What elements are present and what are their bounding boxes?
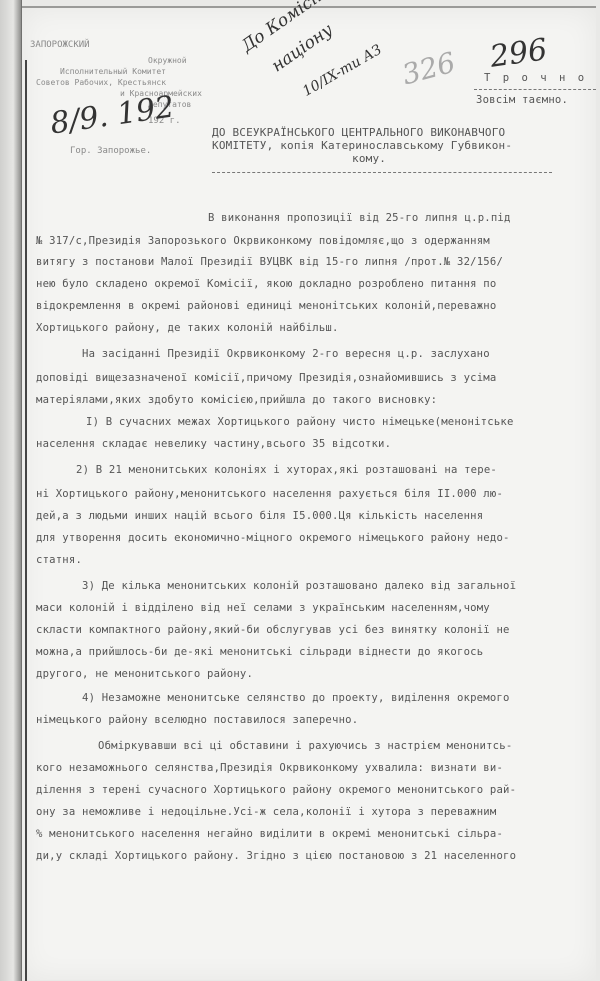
body-text-line: ні Хортицького району,менонитського насе… xyxy=(36,488,503,500)
stamp-line: ЗАПОРОЖСКИЙ xyxy=(30,40,90,50)
binding-spine-line xyxy=(25,60,27,981)
body-text-line: для утворення досить економично-міцного … xyxy=(36,532,510,544)
urgent-label: Т р о ч н о xyxy=(484,72,587,84)
stamp-line: Исполнительный Комитет xyxy=(60,67,166,76)
stamp-city: Гор. Запорожье. xyxy=(70,146,151,156)
body-text-line: % менонитського населення негайно виділи… xyxy=(36,828,503,840)
addressee-line: кому. xyxy=(352,152,386,165)
body-text-line: Хортицького району, де таких колоній най… xyxy=(36,322,339,334)
body-text-line: населення складає невелику частину,всьог… xyxy=(36,438,391,450)
body-text-line: дей,а з людьми инших націй всього біля I… xyxy=(36,510,483,522)
body-text-line: матеріялами,яких здобуто комісією,прийшл… xyxy=(36,394,437,406)
body-text-line: німецького району вселюдно поставилося з… xyxy=(36,714,358,726)
body-text-line: В виконання пропозиції від 25-го липня ц… xyxy=(208,212,511,224)
divider xyxy=(474,89,596,90)
body-text-line: 2) В 21 менонитських колоніях і хуторах,… xyxy=(76,464,497,476)
body-text-line: можна,а прийшлось-би де-які менонитські … xyxy=(36,646,483,658)
page-binding-edge xyxy=(0,0,22,981)
body-text-line: ділення з терені сучасного Хортицького р… xyxy=(36,784,516,796)
body-text-line: ди,у складі Хортицького району. Згідно з… xyxy=(36,850,516,862)
body-text-line: нею було складено окремої Комісії, якою … xyxy=(36,278,496,290)
divider xyxy=(212,172,552,173)
body-text-line: 3) Де кілька менонитських колоній розташ… xyxy=(82,580,516,592)
stamp-line: Советов Рабочих, Крестьянск xyxy=(36,78,166,87)
body-text-line: кого незаможнього селянства,Президія Окр… xyxy=(36,762,503,774)
body-text-line: ону за неможливе і недоцільне.Усі-ж села… xyxy=(36,806,496,818)
body-text-line: Обміркувавши всі ці обставини і рахуючис… xyxy=(98,740,512,752)
body-text-line: статня. xyxy=(36,554,82,566)
addressee-line: ДО ВСЕУКРАЇНСЬКОГО ЦЕНТРАЛЬНОГО ВИКОНАВЧ… xyxy=(212,126,505,139)
body-text-line: скласти компактного району,який-би обслу… xyxy=(36,624,510,636)
body-text-line: На засіданні Президії Окрвиконкому 2-го … xyxy=(82,348,490,360)
body-text-line: відокремлення в окремі районові единиці … xyxy=(36,300,496,312)
body-text-line: № 317/с,Президія Запорозького Окрвиконко… xyxy=(36,235,490,247)
stamp-line: Окружной xyxy=(148,56,187,65)
body-text-line: витягу з постанови Малої Президії ВУЦВК … xyxy=(36,256,503,268)
body-text-line: доповіді вищезазначеної комісії,причому … xyxy=(36,372,496,384)
body-text-line: маси колоній і відділено від неї селами … xyxy=(36,602,490,614)
body-text-line: I) В сучасних межах Хортицького району ч… xyxy=(86,416,514,428)
body-text-line: 4) Незаможне менонитське селянство до пр… xyxy=(82,692,510,704)
addressee-line: КОМІТЕТУ, копія Катеринославському Губви… xyxy=(212,139,512,152)
body-text-line: другого, не менонитського району. xyxy=(36,668,253,680)
secret-label: Зовсім таємно. xyxy=(476,94,568,106)
